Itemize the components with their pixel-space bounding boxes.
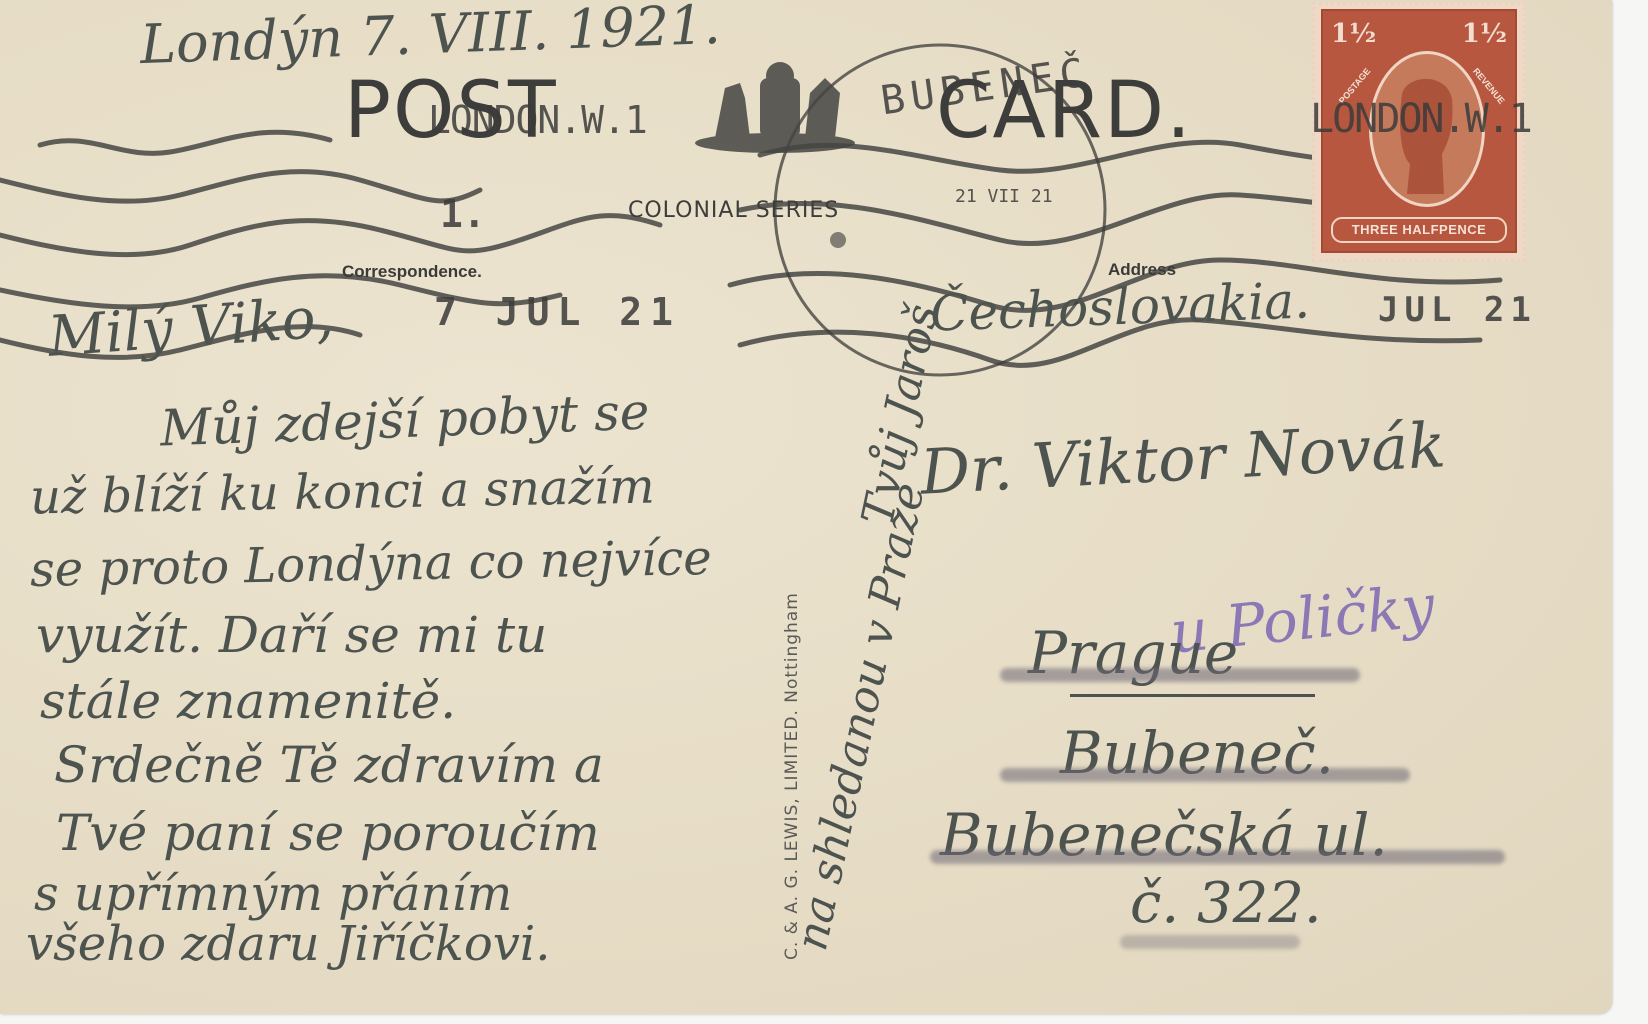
vertical-note-line1: na shledanou v Praze [790, 479, 932, 954]
stamp-cancel-city: LONDON.W.1 [1310, 96, 1531, 142]
message-line: už blíží ku konci a snažím [30, 463, 655, 522]
message-line: všeho zdaru Jiříčkovi. [26, 920, 550, 968]
coat-of-arms-icon [690, 58, 860, 158]
title-card: CARD. [936, 72, 1193, 150]
message-line: Tvé paní se poroučím [56, 808, 600, 858]
address-house-number: č. 322. [1130, 876, 1322, 932]
message-line: využít. Daří se mi tu [36, 610, 547, 660]
message-line: stále znamenitě. [40, 676, 456, 726]
address-recipient: Dr. Viktor Novák [919, 414, 1447, 503]
postcard: BUBENEČ 21 VII 21 Londýn 7. VIII. 1921. … [0, 0, 1612, 1014]
colonial-series-label: COLONIAL SERIES [628, 198, 839, 223]
machine-cancel-time: 1. [440, 192, 486, 236]
machine-cancel-city: LONDON.W.1 [428, 98, 647, 142]
message-line: Srdečně Tě zdravím a [54, 740, 604, 790]
receiving-postmark-date: 21 VII 21 [955, 186, 1053, 207]
strikethrough-street [930, 850, 1505, 864]
message-line: s upřímným přáním [34, 870, 512, 918]
strikethrough-district [1000, 768, 1410, 782]
underline-house-number [1120, 935, 1300, 949]
machine-cancel-date-right: JUL 21 [1378, 290, 1537, 330]
stamp-value-label: THREE HALFPENCE [1331, 217, 1507, 243]
address-country: Čechoslovakia. [929, 275, 1310, 338]
message-line: se proto Londýna co nejvíce [30, 534, 712, 594]
header-date: Londýn 7. VIII. 1921. [139, 0, 721, 72]
strikethrough-city [1000, 668, 1360, 682]
machine-cancel-date-left: 7 JUL 21 [434, 290, 681, 334]
underline-city [1070, 694, 1315, 697]
correspondence-label: Correspondence. [342, 262, 482, 282]
stamp-denomination-right: 1½ [1462, 19, 1507, 49]
stamp-denomination-left: 1½ [1331, 19, 1376, 49]
